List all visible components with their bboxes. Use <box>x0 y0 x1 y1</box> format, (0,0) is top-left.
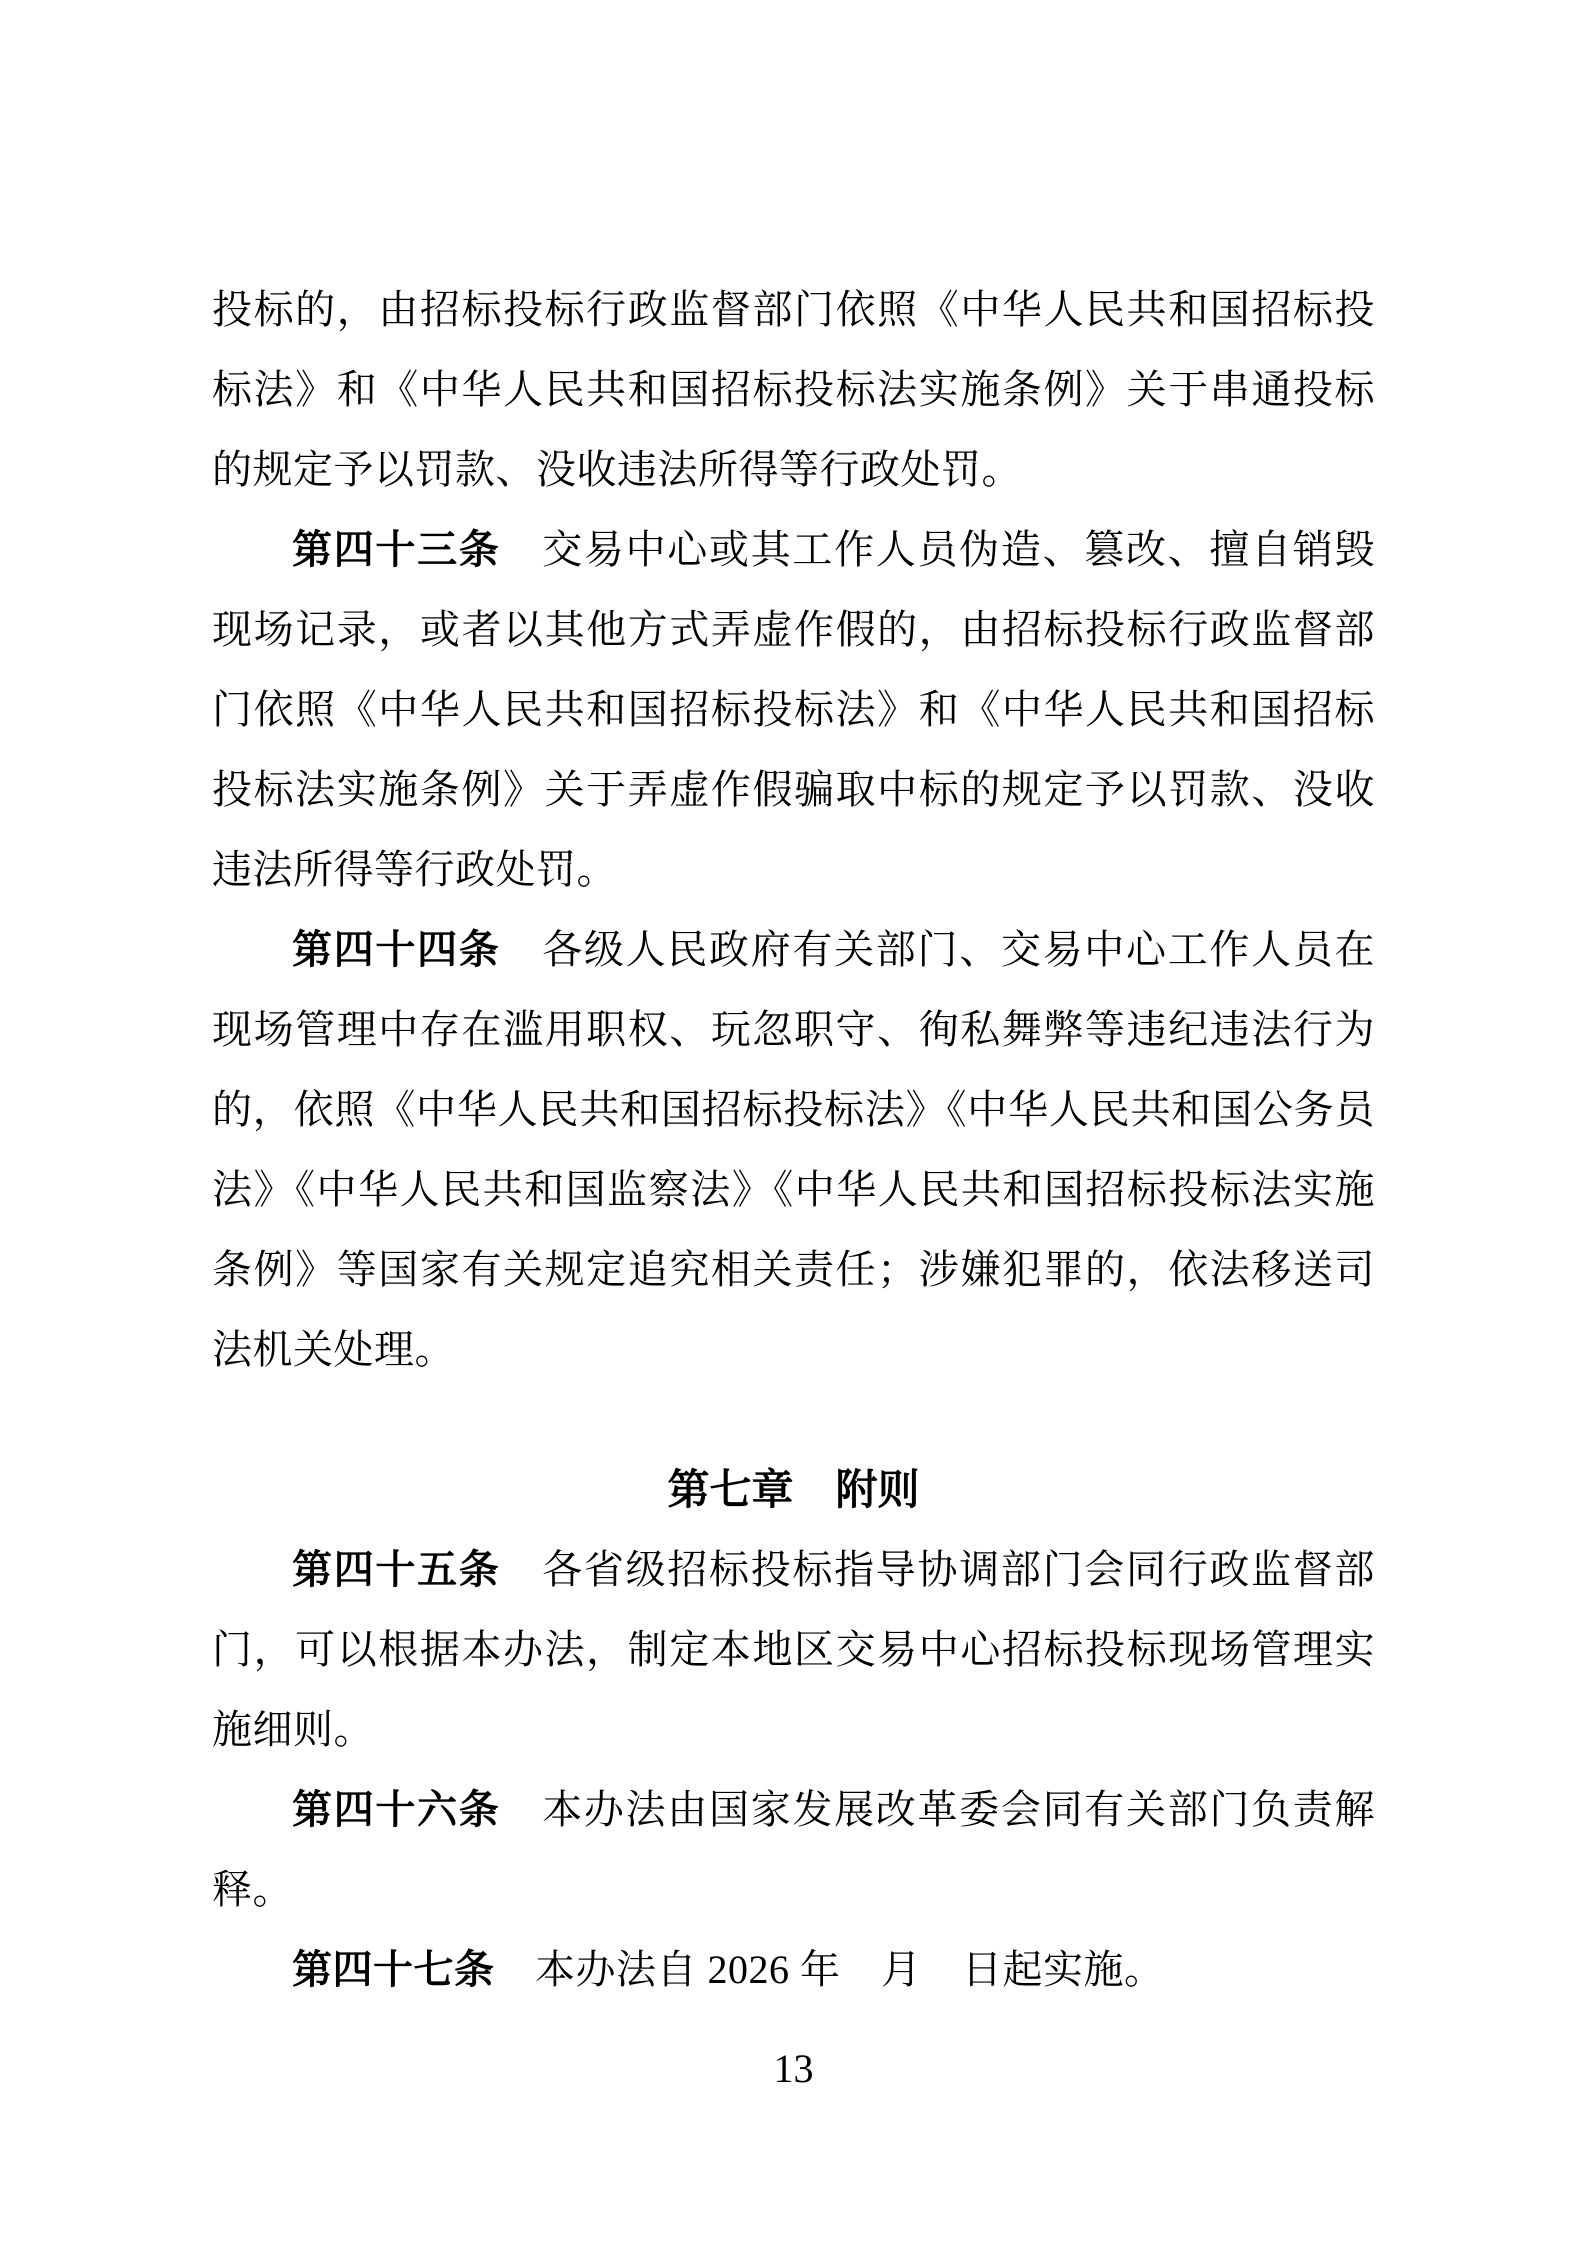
paragraph-article-44: 第四十四条 各级人民政府有关部门、交易中心工作人员在现场管理中存在滥用职权、玩忽… <box>212 910 1375 1390</box>
paragraph-article-43: 第四十三条 交易中心或其工作人员伪造、篡改、擅自销毁现场记录，或者以其他方式弄虚… <box>212 510 1375 910</box>
paragraph-article-45: 第四十五条 各省级招标投标指导协调部门会同行政监督部门，可以根据本办法，制定本地… <box>212 1530 1375 1770</box>
article-46-number: 第四十六条 <box>292 1788 501 1832</box>
paragraph-continuation: 投标的，由招标投标行政监督部门依照《中华人民共和国招标投标法》和《中华人民共和国… <box>212 270 1375 510</box>
paragraph-article-46: 第四十六条 本办法由国家发展改革委会同有关部门负责解释。 <box>212 1770 1375 1930</box>
article-44-text: 各级人民政府有关部门、交易中心工作人员在现场管理中存在滥用职权、玩忽职守、徇私舞… <box>212 927 1375 1372</box>
article-43-number: 第四十三条 <box>292 528 501 572</box>
article-44-number: 第四十四条 <box>292 928 501 972</box>
article-47-text: 本办法自 2026 年 月 日起实施。 <box>495 1947 1165 1992</box>
document-page: 投标的，由招标投标行政监督部门依照《中华人民共和国招标投标法》和《中华人民共和国… <box>0 0 1587 2245</box>
page-number: 13 <box>0 2045 1587 2093</box>
article-43-text: 交易中心或其工作人员伪造、篡改、擅自销毁现场记录，或者以其他方式弄虚作假的，由招… <box>212 527 1375 892</box>
article-45-number: 第四十五条 <box>292 1548 501 1592</box>
chapter-7-heading: 第七章 附则 <box>212 1450 1375 1530</box>
article-47-number: 第四十七条 <box>292 1948 495 1992</box>
paragraph-article-47: 第四十七条 本办法自 2026 年 月 日起实施。 <box>212 1930 1375 2010</box>
